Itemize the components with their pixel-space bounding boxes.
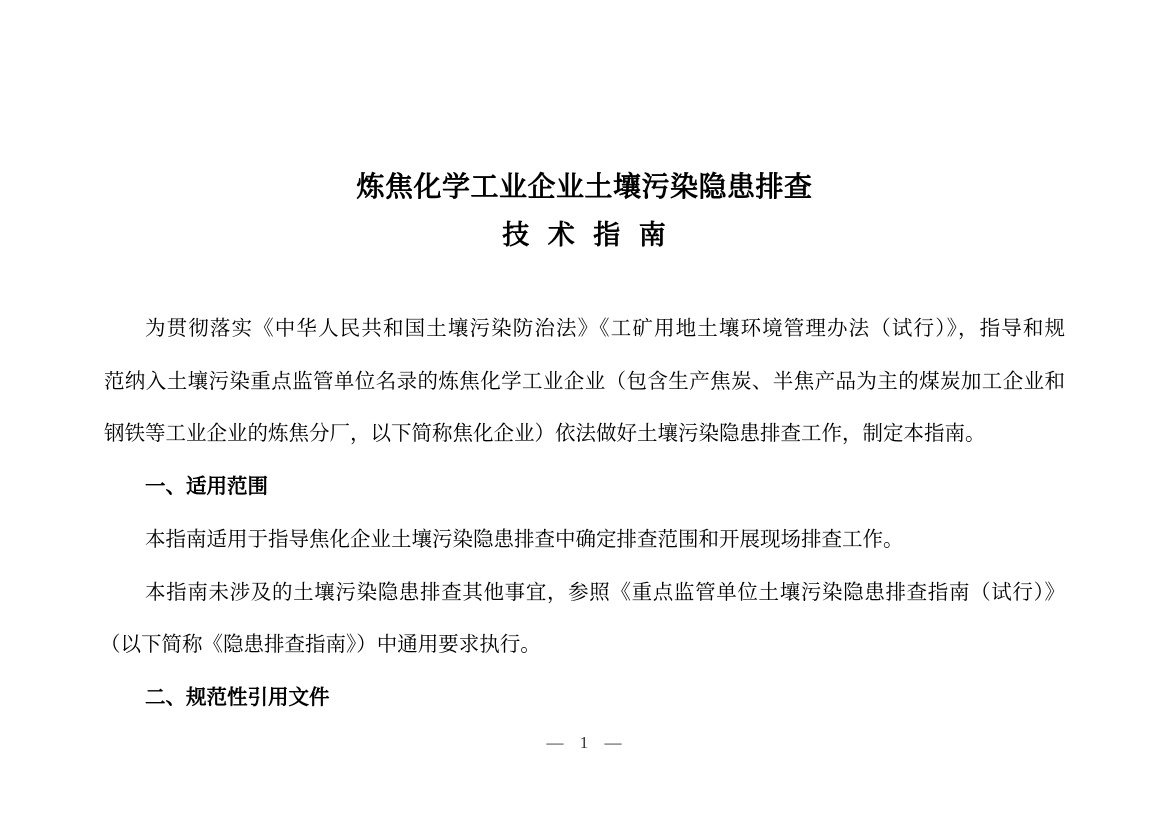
- document-body: 为贯彻落实《中华人民共和国土壤污染防治法》《工矿用地土壤环境管理办法（试行）》，…: [104, 303, 1065, 725]
- page-number: — 1 —: [0, 733, 1169, 753]
- document-title: 炼焦化学工业企业土壤污染隐患排查: [0, 170, 1169, 204]
- paragraph-2-line-1: 本指南适用于指导焦化企业土壤污染隐患排查中确定排查范围和开展现场排查工作。: [104, 514, 1065, 567]
- document-subtitle: 技 术 指 南: [0, 219, 1169, 251]
- paragraph-1-line-3: 钢铁等工业企业的炼焦分厂，以下简称焦化企业）依法做好土壤污染隐患排查工作，制定本…: [104, 408, 1065, 461]
- section-heading-2: 二、规范性引用文件: [104, 672, 1065, 725]
- paragraph-3-line-1: 本指南未涉及的土壤污染隐患排查其他事宜，参照《重点监管单位土壤污染隐患排查指南（…: [104, 567, 1065, 620]
- section-heading-1: 一、适用范围: [104, 461, 1065, 514]
- paragraph-3-line-2: （以下简称《隐患排查指南》）中通用要求执行。: [100, 619, 1065, 672]
- paragraph-1-line-1: 为贯彻落实《中华人民共和国土壤污染防治法》《工矿用地土壤环境管理办法（试行）》，…: [104, 303, 1065, 356]
- paragraph-1-line-2: 范纳入土壤污染重点监管单位名录的炼焦化学工业企业（包含生产焦炭、半焦产品为主的煤…: [104, 356, 1065, 409]
- document-page: 炼焦化学工业企业土壤污染隐患排查 技 术 指 南 为贯彻落实《中华人民共和国土壤…: [0, 0, 1169, 826]
